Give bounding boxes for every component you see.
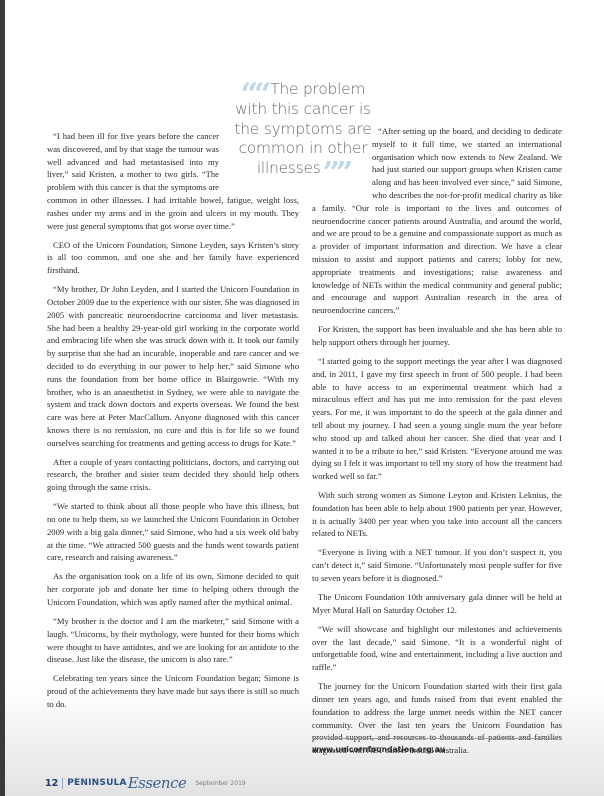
footer-separator — [62, 778, 63, 789]
article-paragraph: As the organisation took on a life of it… — [47, 570, 299, 608]
article-paragraph: “Everyone is living with a NET tumour. I… — [312, 546, 562, 584]
magazine-page: ““The problem with this cancer is the sy… — [5, 0, 604, 796]
article-paragraph: “I started going to the support meetings… — [312, 355, 562, 483]
issue-date: September 2019 — [195, 780, 245, 787]
article-paragraph: With such strong women as Simone Leyton … — [312, 489, 562, 540]
article-paragraph: CEO of the Unicorn Foundation, Simone Le… — [47, 239, 299, 277]
article-paragraph: Celebrating ten years since the Unicorn … — [47, 672, 299, 710]
section-divider — [312, 738, 558, 739]
article-paragraph: After a couple of years contacting polit… — [47, 456, 299, 494]
page-footer: 12 PENINSULA Essence September 2019 — [45, 775, 246, 791]
article-paragraph: The Unicorn Foundation 10th anniversary … — [312, 591, 562, 617]
article-column-right: “After setting up the board, and decidin… — [312, 125, 562, 763]
article-paragraph: “My brother is the doctor and I am the m… — [47, 615, 299, 666]
pull-quote-spacer — [219, 130, 299, 190]
website-link[interactable]: www.unicornfoundation.org.au — [312, 745, 445, 754]
article-paragraph: “We started to think about all those peo… — [47, 500, 299, 564]
article-paragraph: “My brother, Dr John Leyden, and I start… — [47, 283, 299, 449]
article-paragraph: For Kristen, the support has been invalu… — [312, 323, 562, 349]
pull-quote-spacer — [312, 125, 372, 193]
magazine-name: PENINSULA — [67, 778, 126, 788]
page-number: 12 — [45, 778, 58, 789]
article-paragraph: “We will showcase and highlight our mile… — [312, 623, 562, 674]
magazine-script-logo: Essence — [128, 774, 187, 792]
article-column-left: “I had been ill for five years before th… — [47, 130, 299, 717]
